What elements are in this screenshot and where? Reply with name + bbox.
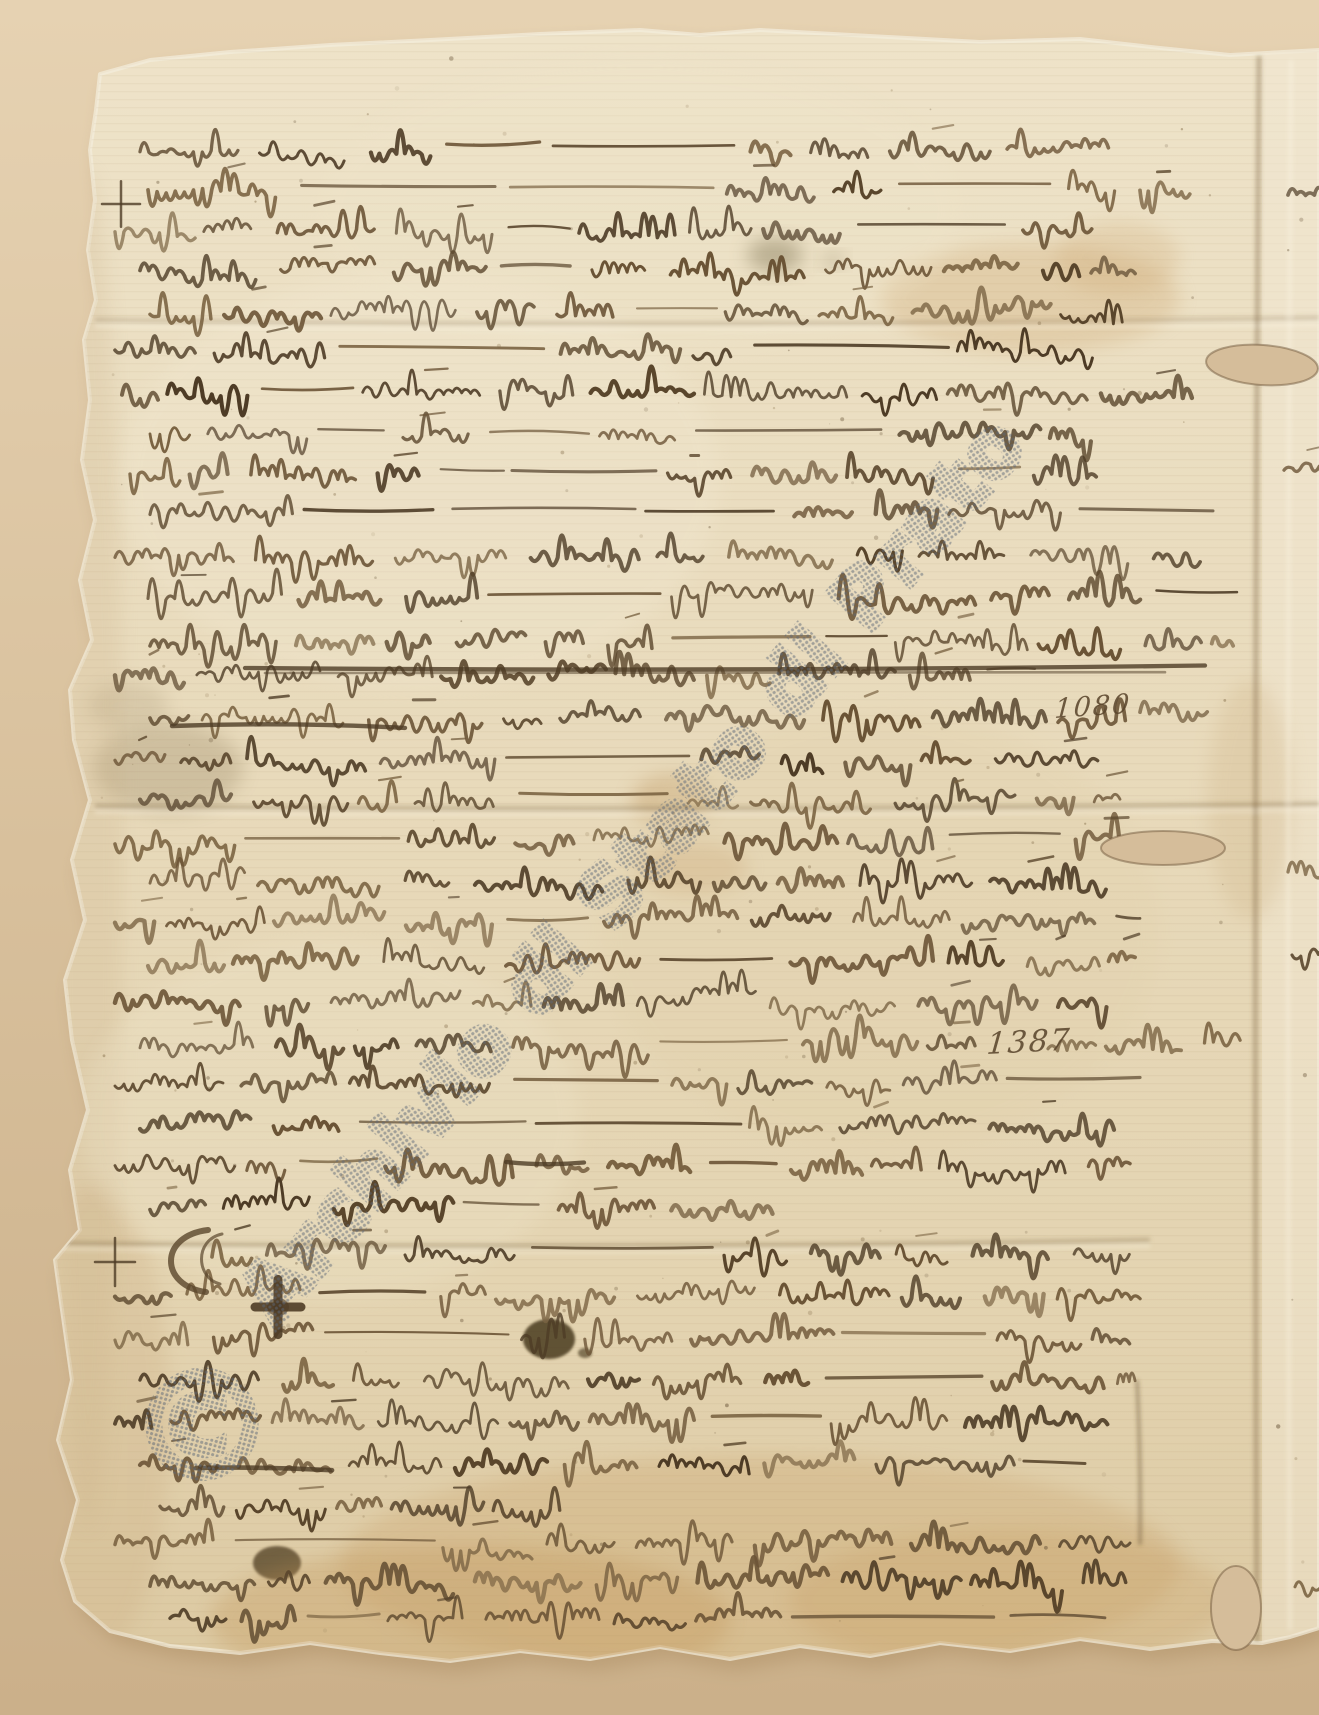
speckle — [990, 1432, 994, 1436]
speckle — [433, 820, 434, 821]
speckle — [861, 1237, 865, 1241]
pen-second-block-dash — [712, 1415, 820, 1416]
speckle — [948, 847, 951, 850]
speckle — [908, 207, 911, 210]
pen-main-block-tittle — [980, 939, 996, 940]
speckle — [1287, 249, 1289, 251]
speckle — [214, 694, 216, 696]
speckle — [103, 1054, 106, 1057]
speckle — [1038, 321, 1042, 325]
speckle — [151, 522, 154, 525]
speckle — [333, 493, 336, 496]
speckle — [355, 1607, 358, 1610]
speckle — [489, 1377, 492, 1380]
pen-main-block-tittle — [754, 165, 773, 166]
speckle — [322, 266, 323, 267]
speckle — [644, 407, 648, 411]
speckle — [1294, 1457, 1297, 1460]
speckle — [384, 1229, 388, 1233]
speckle — [206, 1076, 210, 1080]
speckle — [831, 1137, 835, 1141]
speckle — [808, 1311, 813, 1316]
speckle — [982, 1605, 983, 1606]
pen-main-block-tittle — [954, 1022, 969, 1023]
speckle — [1291, 1299, 1293, 1301]
speckle — [948, 1032, 952, 1036]
speckle — [350, 1494, 352, 1496]
speckle — [174, 1089, 176, 1091]
speckle — [162, 665, 165, 668]
speckle — [1085, 485, 1089, 489]
speckle — [662, 1278, 663, 1279]
speckle — [717, 929, 721, 933]
pen-main-block-dash — [536, 1123, 741, 1124]
speckle — [1084, 823, 1086, 825]
speckle — [189, 744, 190, 745]
speckle — [215, 1291, 219, 1295]
speckle — [725, 1404, 729, 1408]
speckle — [264, 662, 268, 666]
speckle — [802, 1055, 806, 1059]
speckle — [678, 402, 680, 404]
speckle — [614, 1287, 618, 1291]
speckle — [1036, 773, 1040, 777]
pen-second-block-dash — [320, 1291, 425, 1293]
pen-main-block-tittle — [1105, 817, 1128, 818]
speckle — [1191, 296, 1194, 299]
speckle — [171, 1159, 174, 1162]
pen-second-block-tittle — [456, 1275, 467, 1276]
speckle — [607, 565, 610, 568]
speckle — [639, 534, 643, 538]
speckle — [503, 132, 507, 136]
speckle — [132, 764, 133, 765]
pen-main-block-dash — [512, 471, 656, 472]
right-gutter-shade — [1208, 680, 1292, 920]
document-scan-viewport: 13871080 © Archivio di Stato di Prato — [0, 0, 1319, 1715]
speckle — [367, 113, 369, 115]
speckle — [1299, 218, 1303, 222]
pen-main-block-tittle — [1043, 1101, 1055, 1102]
speckle — [314, 917, 315, 918]
speckle — [198, 653, 200, 655]
pen-second-block-tittle — [332, 1400, 356, 1402]
speckle — [254, 201, 256, 203]
speckle — [562, 1309, 565, 1312]
speckle — [121, 484, 123, 486]
speckle — [1219, 921, 1223, 925]
speckle — [788, 350, 790, 352]
speckle — [1209, 194, 1211, 196]
pen-second-block-dash — [532, 1247, 712, 1248]
speckle — [357, 1029, 358, 1030]
speckle — [773, 407, 775, 409]
speckle — [1223, 699, 1226, 702]
pen-second-block-dash — [826, 1376, 982, 1378]
pen-main-block-dash — [553, 145, 734, 146]
speckle — [201, 963, 203, 965]
speckle — [449, 56, 454, 61]
speckle — [246, 416, 249, 419]
speckle — [891, 89, 893, 91]
speckle — [720, 1242, 721, 1243]
speckle — [785, 1055, 788, 1058]
speckle — [840, 417, 844, 421]
speckle — [986, 766, 989, 769]
speckle — [1031, 841, 1034, 844]
ink-token-1387: 1387 — [985, 1023, 1072, 1062]
pen-main-block-dash — [661, 959, 772, 961]
pen-main-block-dash — [489, 594, 661, 595]
speckle — [231, 409, 233, 411]
speckle — [374, 576, 377, 579]
speckle — [950, 1395, 952, 1397]
speckle — [365, 1351, 366, 1352]
pen-main-block-tittle — [315, 245, 332, 247]
speckle — [112, 373, 115, 376]
speckle — [815, 907, 819, 911]
speckle — [1018, 1458, 1022, 1462]
pen-main-block-tittle — [168, 1187, 176, 1188]
speckle — [776, 141, 779, 144]
speckle — [293, 120, 296, 123]
pen-main-block-dash — [318, 429, 383, 430]
speckle — [879, 1230, 881, 1232]
speckle — [686, 105, 689, 108]
speckle — [101, 797, 103, 799]
pen-main-block-tittle — [1157, 171, 1169, 172]
speckle — [362, 1515, 364, 1517]
pen-main-block-dash — [696, 430, 881, 431]
speckle — [1301, 1560, 1304, 1563]
speckle — [205, 693, 209, 697]
strikethrough — [265, 672, 1165, 673]
speckle — [460, 1319, 464, 1323]
speckle — [299, 179, 303, 183]
speckle — [808, 865, 811, 868]
manuscript-scan: 13871080 © Archivio di Stato di Prato — [0, 0, 1319, 1715]
speckle — [880, 432, 883, 435]
speckle — [323, 1628, 327, 1632]
speckle — [1025, 1231, 1028, 1234]
speckle — [385, 1475, 388, 1478]
pen-main-block-dash — [453, 508, 636, 509]
pen-main-block-dash — [302, 185, 495, 186]
speckle — [570, 1533, 573, 1536]
pen-main-block-dash — [1007, 1078, 1140, 1080]
speckle — [708, 526, 710, 528]
speckle — [845, 1011, 847, 1013]
speckle — [1222, 884, 1223, 885]
speckle — [209, 738, 214, 743]
speckle — [1044, 1546, 1048, 1550]
speckle — [1068, 408, 1071, 411]
speckle — [1099, 969, 1102, 972]
speckle — [1102, 1472, 1107, 1477]
speckle — [1303, 1073, 1307, 1077]
pen-main-block-dash — [501, 264, 570, 266]
pen-main-block-dash — [1080, 509, 1213, 511]
speckle — [587, 654, 591, 658]
pen-main-block-tittle — [595, 1187, 617, 1189]
speckle — [649, 1215, 652, 1218]
speckle — [851, 481, 854, 484]
speckle — [579, 859, 581, 861]
speckle — [156, 181, 159, 184]
speckle — [1045, 489, 1046, 490]
speckle — [585, 832, 589, 836]
speckle — [371, 532, 375, 536]
speckle — [925, 1274, 929, 1278]
speckle — [1181, 128, 1183, 130]
speckle — [839, 1620, 841, 1622]
pen-second-block-dash — [843, 1333, 985, 1334]
speckle — [395, 86, 400, 91]
pen-main-block-tittle — [270, 696, 289, 698]
pen-main-block-dash — [510, 187, 713, 188]
pen-main-block-tittle — [458, 205, 473, 207]
pen-main-block-dash — [711, 1162, 777, 1163]
speckle — [916, 797, 919, 800]
speckle — [1067, 1289, 1071, 1293]
speckle — [772, 1099, 774, 1101]
pen-main-block-tittle — [425, 369, 448, 370]
speckle — [1165, 144, 1168, 147]
speckle — [1183, 421, 1185, 423]
speckle — [565, 489, 568, 492]
speckle — [633, 1061, 637, 1065]
bottom-gap — [1211, 1566, 1261, 1650]
pen-postscript-block-dash — [793, 1616, 994, 1617]
speckle — [746, 1240, 750, 1244]
strikethrough — [506, 1162, 584, 1164]
speckle — [1123, 388, 1125, 390]
crease-hole — [1101, 831, 1225, 865]
speckle — [749, 900, 753, 904]
speckle — [561, 451, 565, 455]
speckle — [829, 423, 830, 424]
pen-main-block-tittle — [452, 739, 465, 740]
ink-token-1080: 1080 — [1054, 689, 1133, 725]
watermark-copyright-icon: © — [128, 1341, 276, 1513]
speckle — [714, 1432, 716, 1434]
pen-main-block-dash — [515, 1079, 658, 1080]
pen-main-block-tittle — [962, 1065, 979, 1067]
pen-main-block-tittle — [237, 898, 246, 899]
speckle — [460, 620, 462, 622]
pen-main-block-dash — [304, 510, 433, 512]
pen-main-block-tittle — [449, 897, 459, 898]
speckle — [1276, 1424, 1280, 1428]
speckle — [190, 908, 193, 911]
pen-main-block-dash — [506, 756, 689, 758]
speckle — [698, 1068, 701, 1071]
speckle — [930, 109, 932, 111]
